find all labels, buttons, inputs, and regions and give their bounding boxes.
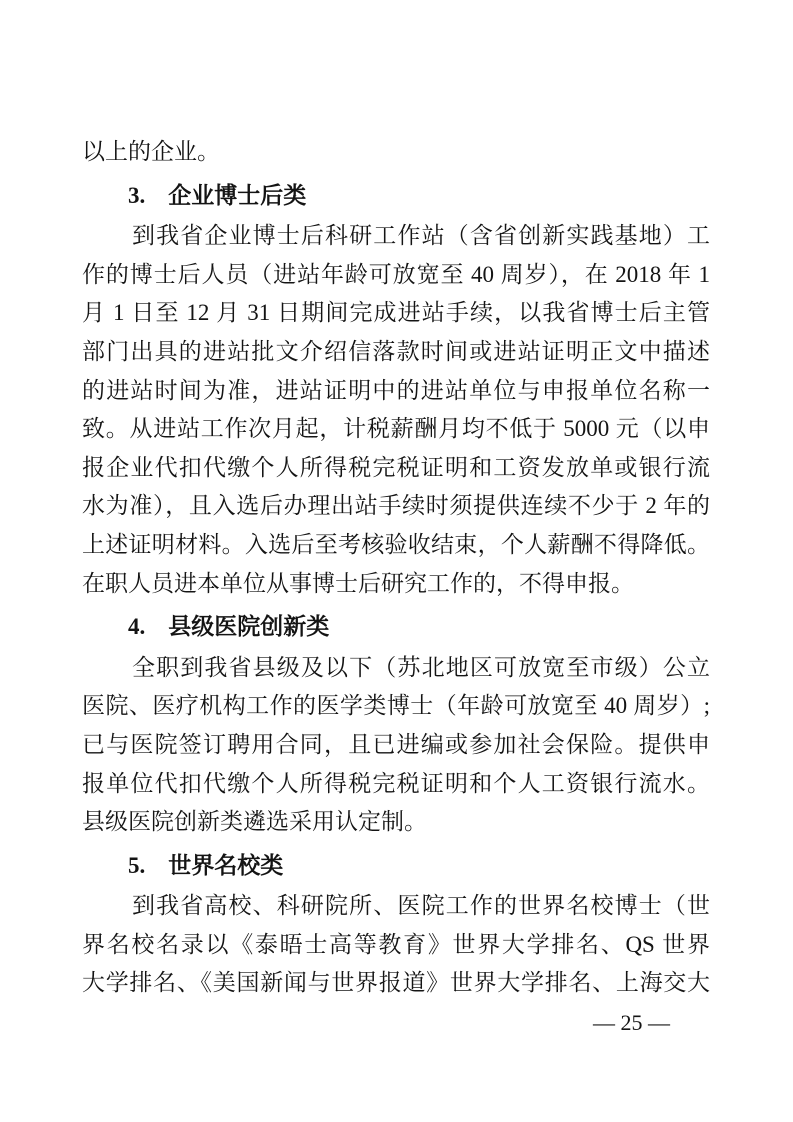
text-line: 作的博士后人员（进站年龄可放宽至 40 周岁），在 2018 年 1 (82, 256, 710, 295)
text-line: 界名校名录以《泰晤士高等教育》世界大学排名、QS 世界 (82, 926, 710, 965)
text-line: 以上的企业。 (82, 133, 710, 172)
text-line: 医院、医疗机构工作的医学类博士（年龄可放宽至 40 周岁）; (82, 687, 710, 726)
section-heading: 4. 县级医院创新类 (82, 608, 710, 647)
text-line: 部门出具的进站批文介绍信落款时间或进站证明正文中描述 (82, 333, 710, 372)
text-line: 上述证明材料。入选后至考核验收结束，个人薪酬不得降低。 (82, 526, 710, 565)
text-line: 大学排名、《美国新闻与世界报道》世界大学排名、上海交大 (82, 964, 710, 1003)
document-body: 以上的企业。3. 企业博士后类到我省企业博士后科研工作站（含省创新实践基地）工作… (82, 133, 710, 1003)
document-page: 以上的企业。3. 企业博士后类到我省企业博士后科研工作站（含省创新实践基地）工作… (0, 0, 793, 1122)
page-footer: — 25 — (593, 1008, 670, 1038)
text-line: 报企业代扣代缴个人所得税完税证明和工资发放单或银行流 (82, 449, 710, 488)
text-line: 到我省企业博士后科研工作站（含省创新实践基地）工 (82, 217, 710, 256)
section-heading: 5. 世界名校类 (82, 847, 710, 886)
page-number: — 25 — (593, 1010, 670, 1035)
text-line: 在职人员进本单位从事博士后研究工作的，不得申报。 (82, 565, 710, 604)
text-line: 的进站时间为准，进站证明中的进站单位与申报单位名称一 (82, 372, 710, 411)
text-line: 已与医院签订聘用合同，且已进编或参加社会保险。提供申 (82, 726, 710, 765)
text-line: 月 1 日至 12 月 31 日期间完成进站手续，以我省博士后主管 (82, 294, 710, 333)
section-heading: 3. 企业博士后类 (82, 177, 710, 216)
text-line: 致。从进站工作次月起，计税薪酬月均不低于 5000 元（以申 (82, 410, 710, 449)
text-line: 水为准），且入选后办理出站手续时须提供连续不少于 2 年的 (82, 487, 710, 526)
text-line: 全职到我省县级及以下（苏北地区可放宽至市级）公立 (82, 649, 710, 688)
text-line: 县级医院创新类遴选采用认定制。 (82, 803, 710, 842)
text-line: 到我省高校、科研院所、医院工作的世界名校博士（世 (82, 887, 710, 926)
text-line: 报单位代扣代缴个人所得税完税证明和个人工资银行流水。 (82, 765, 710, 804)
